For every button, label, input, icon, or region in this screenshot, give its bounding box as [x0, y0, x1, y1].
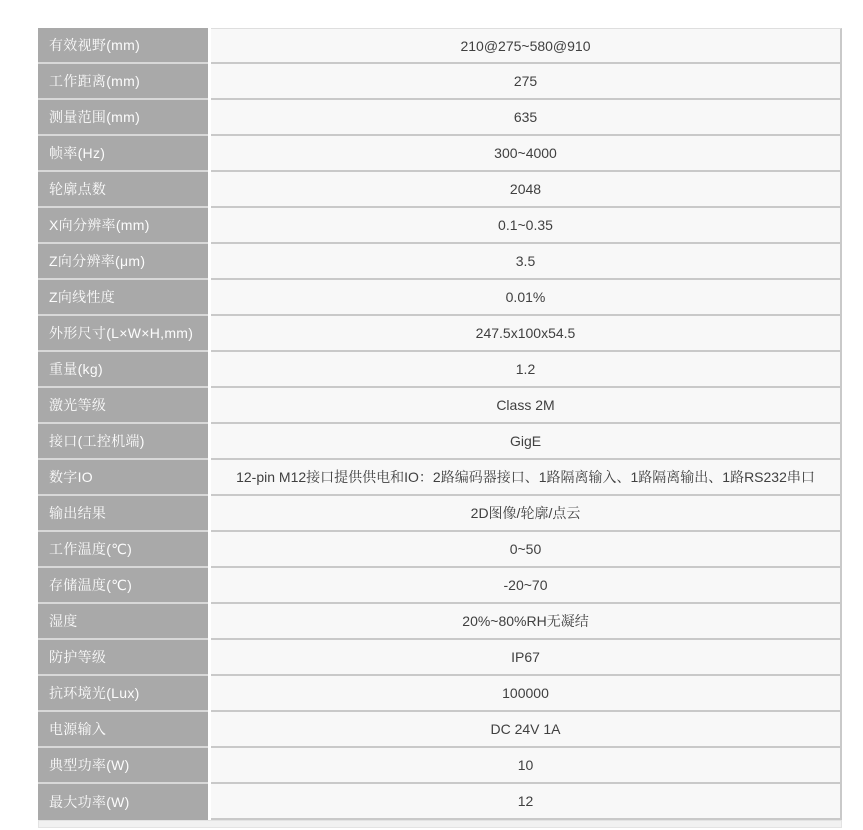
product-spec-page: 有效视野(mm) 210@275~580@910 工作距离(mm) 275 测量… [0, 0, 863, 830]
spec-label: 激光等级 [38, 388, 208, 424]
table-row: Z向线性度 0.01% [38, 280, 842, 316]
spec-value: 2048 [211, 172, 842, 208]
table-row: 激光等级 Class 2M [38, 388, 842, 424]
table-row: 工作距离(mm) 275 [38, 64, 842, 100]
spec-label: 测量范围(mm) [38, 100, 208, 136]
table-row: 数字IO 12-pin M12接口提供供电和IO：2路编码器接口、1路隔离输入、… [38, 460, 842, 496]
table-row: 外形尺寸(L×W×H,mm) 247.5x100x54.5 [38, 316, 842, 352]
spec-value: 100000 [211, 676, 842, 712]
spec-label: Z向线性度 [38, 280, 208, 316]
spec-label: 数字IO [38, 460, 208, 496]
spec-label: 湿度 [38, 604, 208, 640]
spec-label: 防护等级 [38, 640, 208, 676]
spec-label: 最大功率(W) [38, 784, 208, 820]
spec-value: 1.2 [211, 352, 842, 388]
table-row: 工作温度(℃) 0~50 [38, 532, 842, 568]
spec-label: 重量(kg) [38, 352, 208, 388]
spec-label: X向分辨率(mm) [38, 208, 208, 244]
table-row: 存储温度(℃) -20~70 [38, 568, 842, 604]
spec-value: 10 [211, 748, 842, 784]
spec-label: 存储温度(℃) [38, 568, 208, 604]
horizontal-scrollbar[interactable] [38, 820, 842, 828]
spec-value: GigE [211, 424, 842, 460]
table-row: 有效视野(mm) 210@275~580@910 [38, 28, 842, 64]
spec-value: 20%~80%RH无凝结 [211, 604, 842, 640]
spec-value: Class 2M [211, 388, 842, 424]
spec-value: 2D图像/轮廓/点云 [211, 496, 842, 532]
spec-value: 3.5 [211, 244, 842, 280]
spec-value: 0~50 [211, 532, 842, 568]
table-row: 最大功率(W) 12 [38, 784, 842, 820]
spec-table: 有效视野(mm) 210@275~580@910 工作距离(mm) 275 测量… [38, 28, 842, 820]
table-row: 湿度 20%~80%RH无凝结 [38, 604, 842, 640]
spec-label: Z向分辨率(μm) [38, 244, 208, 280]
table-row: X向分辨率(mm) 0.1~0.35 [38, 208, 842, 244]
spec-label: 典型功率(W) [38, 748, 208, 784]
spec-label: 有效视野(mm) [38, 28, 208, 64]
table-row: 帧率(Hz) 300~4000 [38, 136, 842, 172]
spec-value: 275 [211, 64, 842, 100]
table-row: 轮廓点数 2048 [38, 172, 842, 208]
spec-label: 帧率(Hz) [38, 136, 208, 172]
spec-label: 工作温度(℃) [38, 532, 208, 568]
table-row: 输出结果 2D图像/轮廓/点云 [38, 496, 842, 532]
spec-value: -20~70 [211, 568, 842, 604]
table-row: 接口(工控机端) GigE [38, 424, 842, 460]
table-row: Z向分辨率(μm) 3.5 [38, 244, 842, 280]
table-row: 典型功率(W) 10 [38, 748, 842, 784]
table-row: 抗环境光(Lux) 100000 [38, 676, 842, 712]
spec-value: IP67 [211, 640, 842, 676]
spec-label: 电源输入 [38, 712, 208, 748]
spec-value: 635 [211, 100, 842, 136]
spec-value: 12-pin M12接口提供供电和IO：2路编码器接口、1路隔离输入、1路隔离输… [211, 460, 842, 496]
spec-value: DC 24V 1A [211, 712, 842, 748]
table-row: 电源输入 DC 24V 1A [38, 712, 842, 748]
spec-value: 300~4000 [211, 136, 842, 172]
spec-label: 输出结果 [38, 496, 208, 532]
spec-value: 0.01% [211, 280, 842, 316]
spec-value: 210@275~580@910 [211, 28, 842, 64]
spec-value: 247.5x100x54.5 [211, 316, 842, 352]
table-row: 重量(kg) 1.2 [38, 352, 842, 388]
spec-label: 轮廓点数 [38, 172, 208, 208]
spec-label: 抗环境光(Lux) [38, 676, 208, 712]
spec-value: 0.1~0.35 [211, 208, 842, 244]
spec-label: 工作距离(mm) [38, 64, 208, 100]
spec-label: 接口(工控机端) [38, 424, 208, 460]
table-row: 防护等级 IP67 [38, 640, 842, 676]
table-row: 测量范围(mm) 635 [38, 100, 842, 136]
spec-label: 外形尺寸(L×W×H,mm) [38, 316, 208, 352]
spec-value: 12 [211, 784, 842, 820]
